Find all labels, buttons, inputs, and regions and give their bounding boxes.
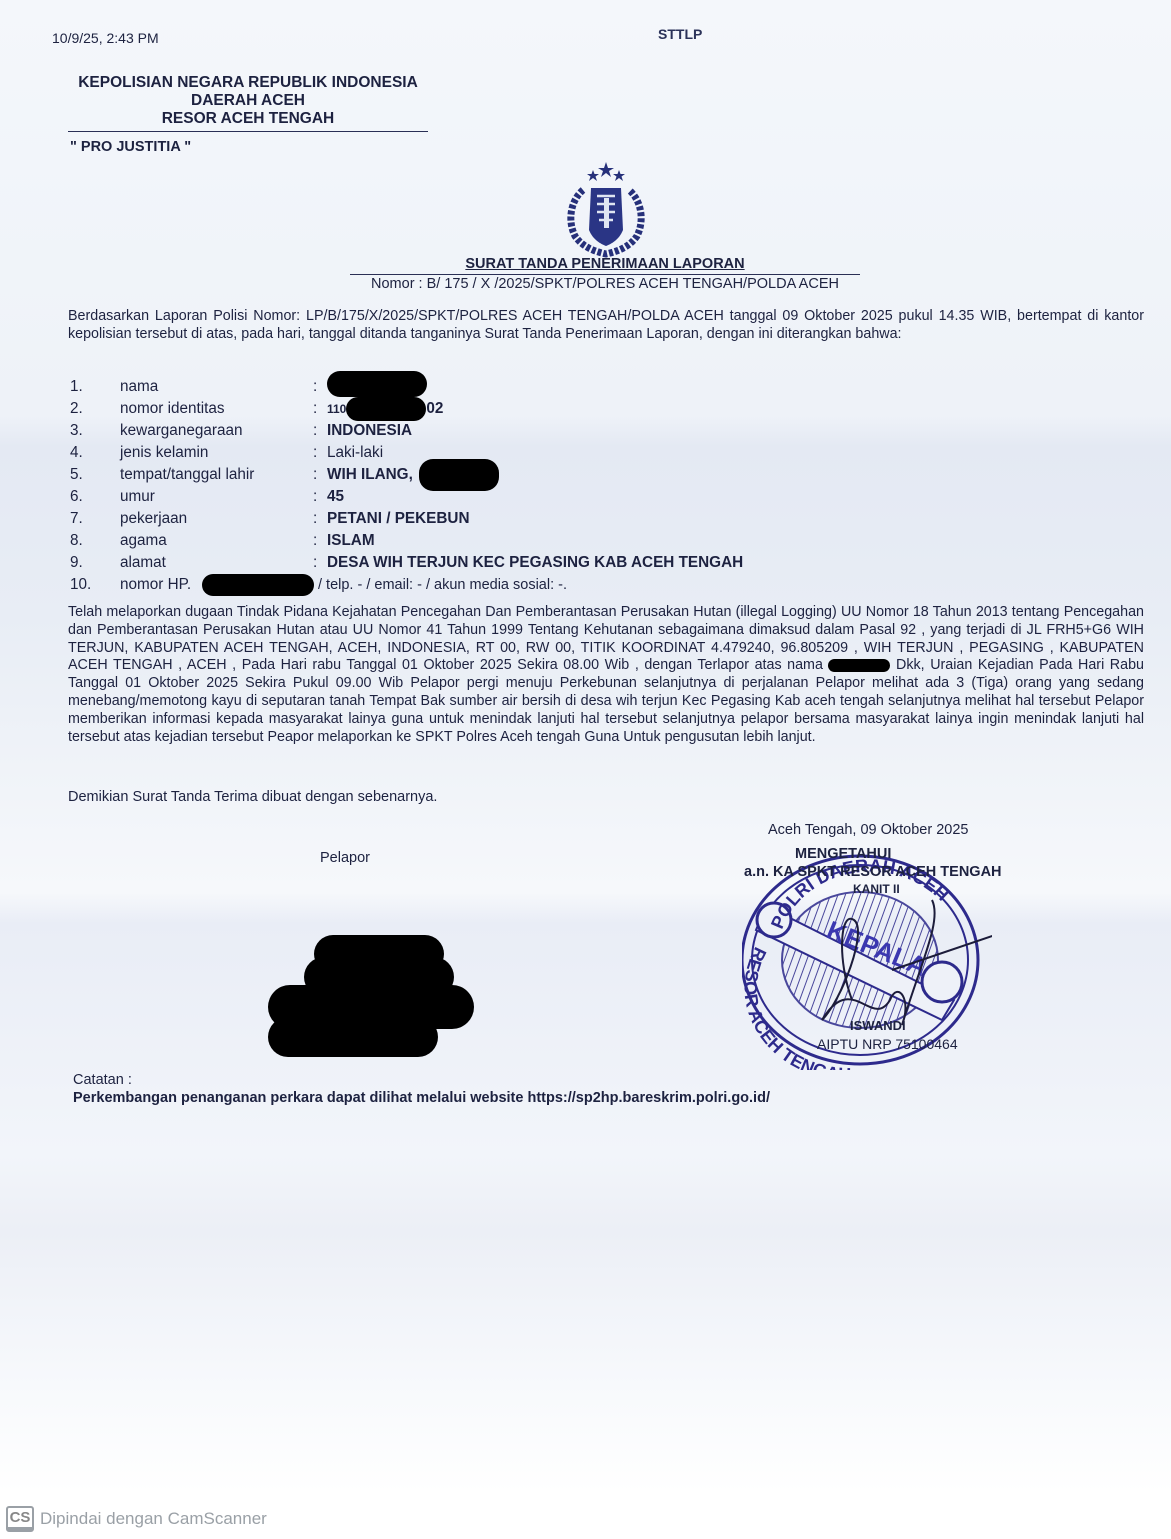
reporter-label: Pelapor — [320, 850, 370, 866]
identity-row-phone: 10. nomor HP. / telp. - / email: - / aku… — [70, 574, 790, 596]
identity-row-religion: 8. agama : ISLAM — [70, 530, 790, 552]
row-number: 5. — [70, 466, 120, 484]
row-value: / telp. - / email: - / akun media sosial… — [318, 577, 567, 593]
row-value: DESA WIH TERJUN KEC PEGASING KAB ACEH TE… — [327, 554, 743, 572]
identity-list: 1. nama : 2. nomor identitas : 110407 02… — [70, 376, 790, 596]
report-paragraph: Telah melaporkan dugaan Tindak Pidana Ke… — [68, 604, 1144, 746]
signing-place-date: Aceh Tengah, 09 Oktober 2025 — [768, 822, 968, 838]
row-label: tempat/tanggal lahir — [120, 466, 313, 484]
note-label: Catatan : — [73, 1072, 132, 1088]
identity-row-birth: 5. tempat/tanggal lahir : WIH ILANG, — [70, 464, 790, 486]
redaction-mark — [202, 574, 314, 596]
redaction-mark — [327, 371, 427, 397]
colon: : — [313, 422, 327, 440]
closing-statement: Demikian Surat Tanda Terima dibuat denga… — [68, 788, 1144, 806]
document-number: Nomor : B/ 175 / X /2025/SPKT/POLRES ACE… — [350, 276, 860, 292]
letterhead-line-1: KEPOLISIAN NEGARA REPUBLIK INDONESIA — [68, 74, 428, 92]
identity-row-address: 9. alamat : DESA WIH TERJUN KEC PEGASING… — [70, 552, 790, 574]
row-number: 2. — [70, 400, 120, 418]
redaction-mark — [828, 659, 890, 672]
intro-paragraph: Berdasarkan Laporan Polisi Nomor: LP/B/1… — [68, 307, 1144, 343]
colon: : — [313, 488, 327, 506]
note-text: Perkembangan penanganan perkara dapat di… — [73, 1090, 770, 1106]
row-number: 1. — [70, 378, 120, 396]
row-number: 10. — [70, 576, 120, 594]
colon: : — [313, 444, 327, 462]
row-number: 6. — [70, 488, 120, 506]
row-label: nama — [120, 378, 313, 396]
row-value-suffix: 02 — [426, 400, 443, 418]
official-name: ISWANDI — [850, 1018, 906, 1033]
document-title: SURAT TANDA PENERIMAAN LAPORAN — [350, 256, 860, 272]
letterhead-line-2: DAERAH ACEH — [68, 92, 428, 110]
colon: : — [313, 378, 327, 396]
camscanner-watermark: CS Dipindai dengan CamScanner — [6, 1506, 267, 1532]
row-label: nomor identitas — [120, 400, 313, 418]
letterhead-line-3: RESOR ACEH TENGAH — [68, 110, 428, 128]
letterhead-divider — [68, 131, 428, 132]
row-label: alamat — [120, 554, 313, 572]
row-label: kewarganegaraan — [120, 422, 313, 440]
identity-row-id-number: 2. nomor identitas : 110407 02 — [70, 398, 790, 420]
reporter-signature-redaction — [266, 935, 476, 1060]
letterhead: KEPOLISIAN NEGARA REPUBLIK INDONESIA DAE… — [68, 74, 428, 128]
row-label: agama — [120, 532, 313, 550]
colon: : — [313, 400, 327, 418]
official-rank-nrp: AIPTU NRP 75100464 — [817, 1036, 958, 1052]
redaction-mark — [419, 459, 499, 491]
document-code: STTLP — [658, 26, 702, 42]
row-value: Laki-laki — [327, 444, 383, 462]
row-label: jenis kelamin — [120, 444, 313, 462]
pro-justitia: " PRO JUSTITIA " — [70, 139, 191, 155]
row-value: PETANI / PEKEBUN — [327, 510, 470, 528]
colon: : — [313, 532, 327, 550]
row-label: umur — [120, 488, 313, 506]
row-number: 8. — [70, 532, 120, 550]
identity-row-citizenship: 3. kewarganegaraan : INDONESIA — [70, 420, 790, 442]
title-divider — [350, 274, 860, 275]
row-number: 4. — [70, 444, 120, 462]
row-number: 7. — [70, 510, 120, 528]
acknowledged-label: MENGETAHUI — [795, 846, 891, 862]
row-number: 9. — [70, 554, 120, 572]
on-behalf-label: a.n. KA SPKT RESOR ACEH TENGAH — [744, 864, 1002, 880]
row-label: pekerjaan — [120, 510, 313, 528]
scan-timestamp: 10/9/25, 2:43 PM — [52, 30, 159, 46]
row-number: 3. — [70, 422, 120, 440]
polri-emblem-icon — [553, 160, 659, 260]
redaction-mark — [346, 397, 426, 421]
watermark-text: Dipindai dengan CamScanner — [40, 1509, 267, 1529]
official-position: KANIT II — [853, 882, 900, 896]
row-value: INDONESIA — [327, 422, 412, 440]
row-value: WIH ILANG, — [327, 466, 413, 484]
identity-row-name: 1. nama : — [70, 376, 790, 398]
row-value: 45 — [327, 488, 344, 506]
camscanner-logo-icon: CS — [6, 1506, 34, 1532]
colon: : — [313, 466, 327, 484]
identity-row-occupation: 7. pekerjaan : PETANI / PEKEBUN — [70, 508, 790, 530]
row-label: nomor HP. — [120, 576, 202, 594]
colon: : — [313, 554, 327, 572]
row-value: ISLAM — [327, 532, 375, 550]
colon: : — [313, 510, 327, 528]
